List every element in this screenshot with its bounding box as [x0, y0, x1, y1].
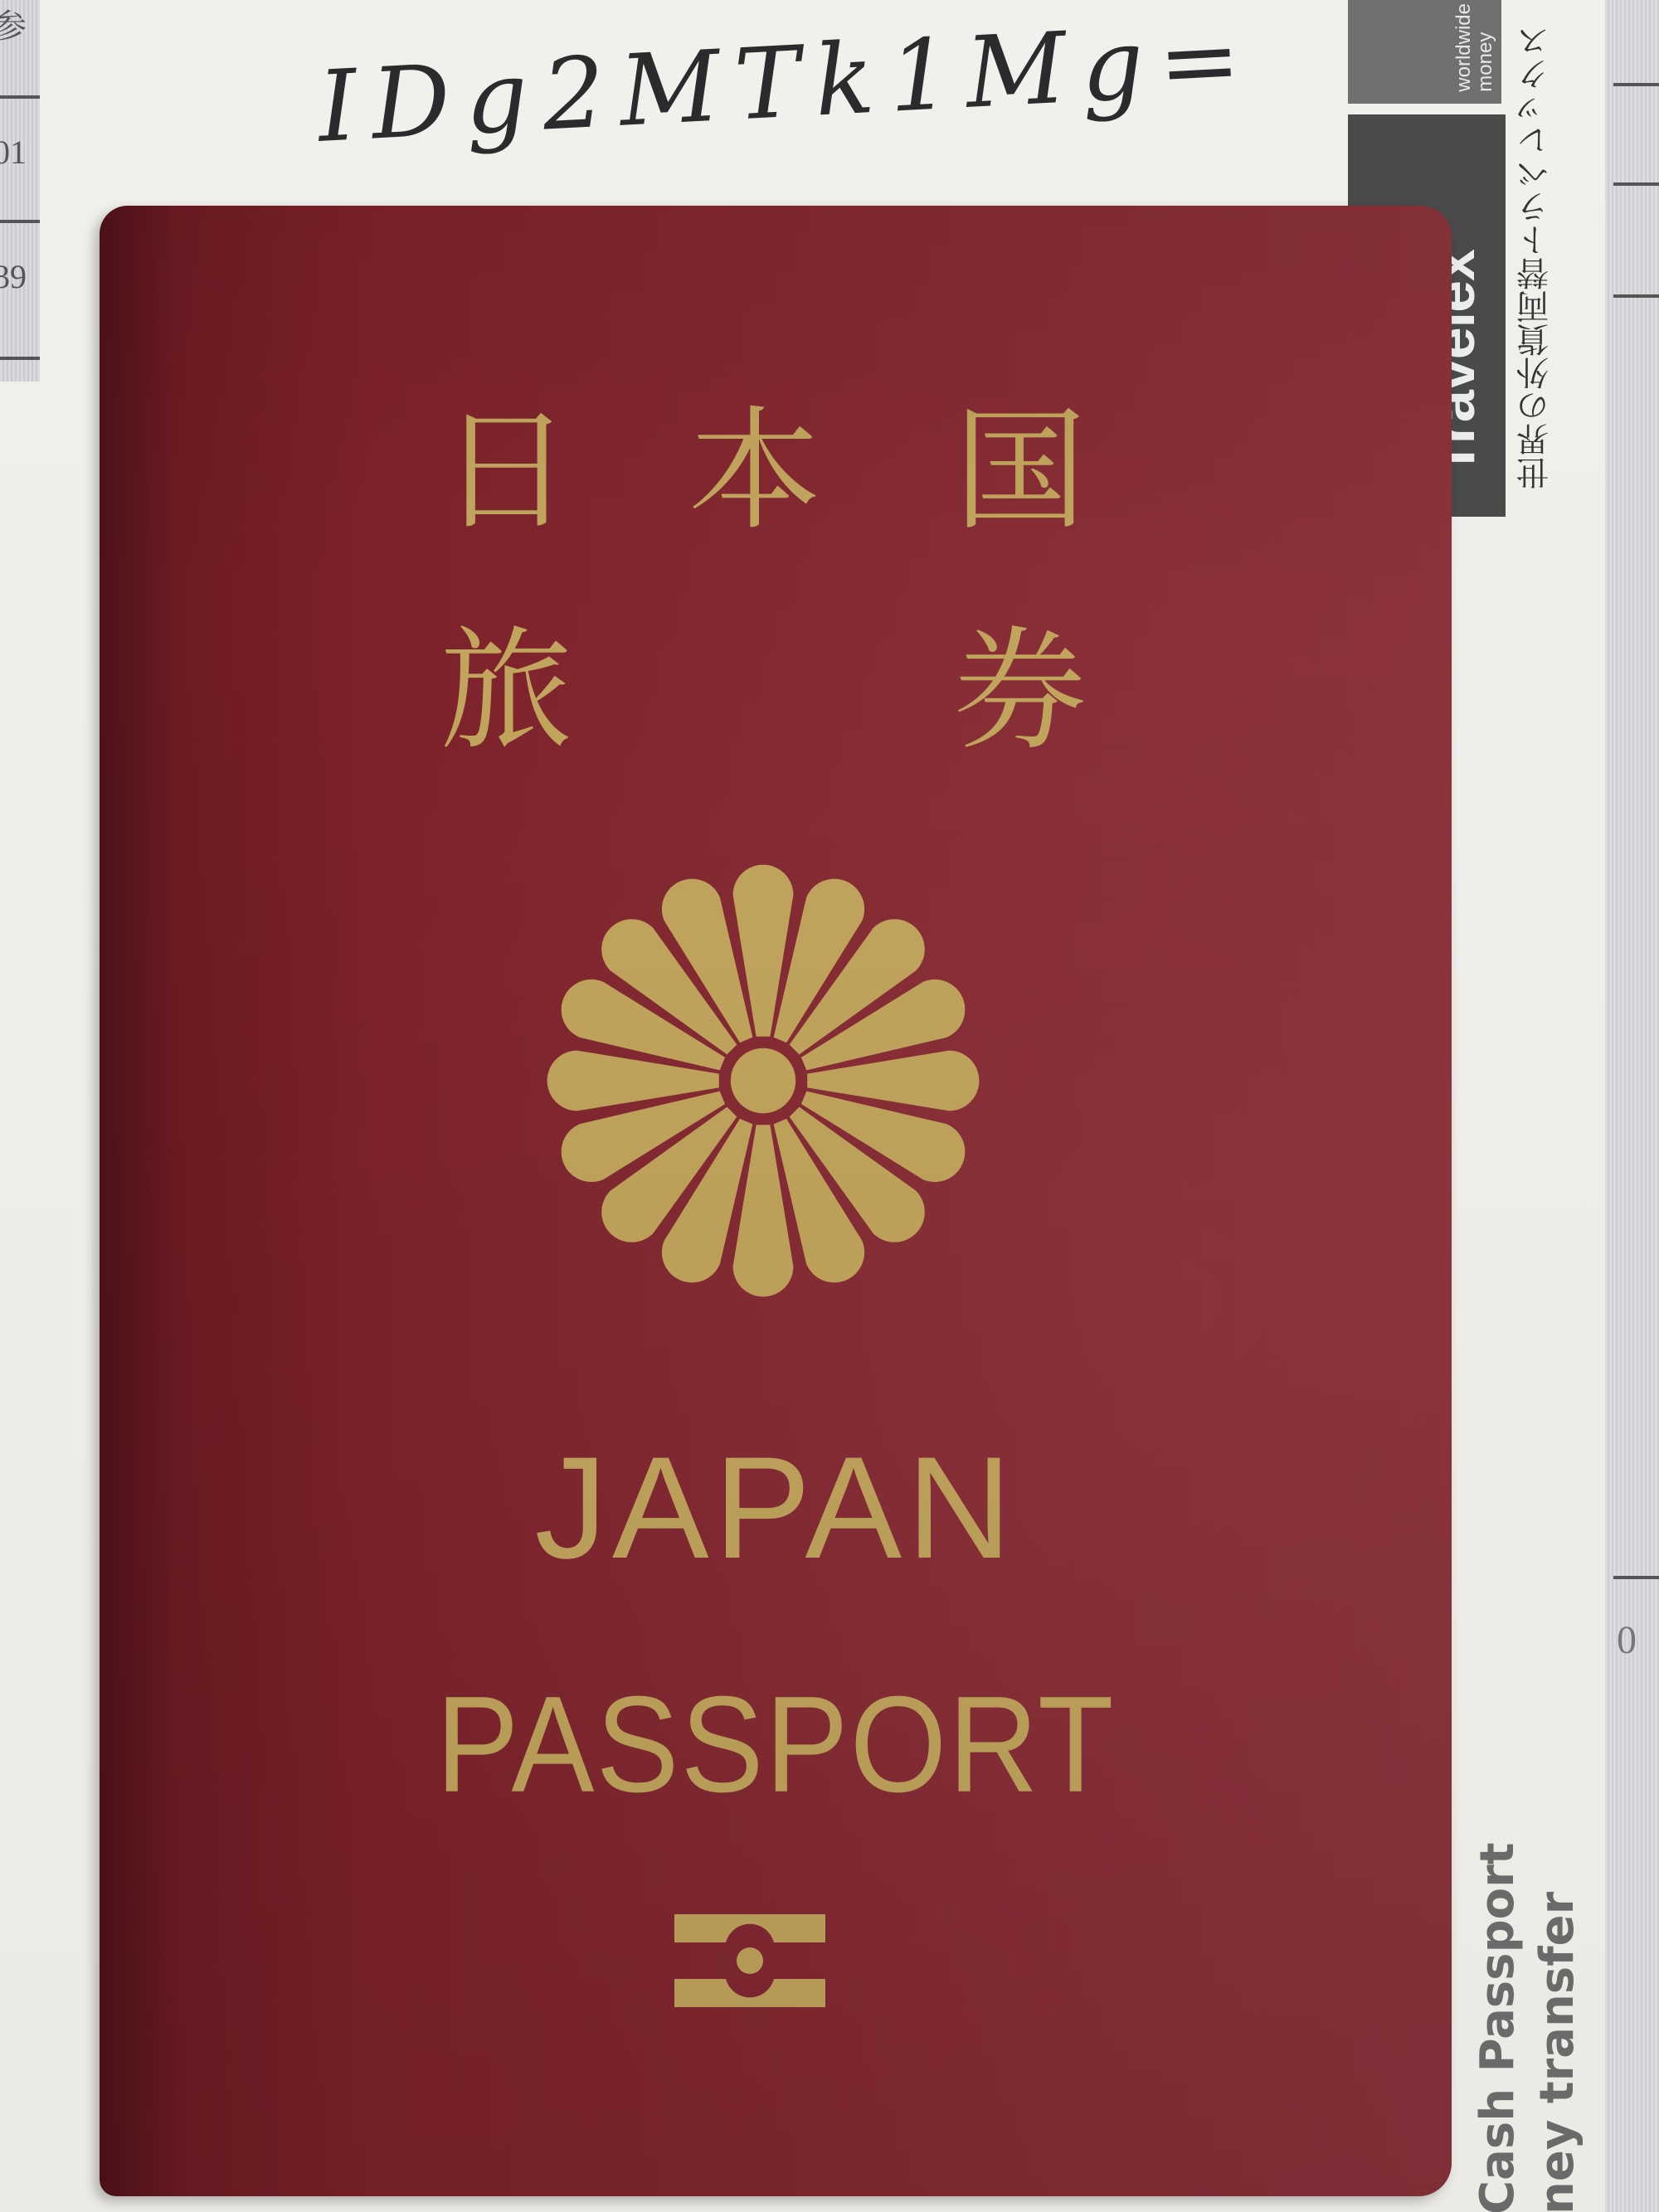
- document-type: PASSPORT: [100, 1665, 1452, 1823]
- doc-rule: [1613, 83, 1659, 86]
- biometric-chip-icon: [674, 1914, 825, 2007]
- country-name: JAPAN: [100, 1425, 1452, 1592]
- doc-rule: [1613, 182, 1659, 186]
- kanji-hon: 本: [688, 405, 821, 537]
- kanji-nichi: 日: [440, 405, 572, 537]
- kanji-ken: 券: [954, 625, 1087, 757]
- doc-rule: [0, 95, 40, 99]
- tagline-line: worldwide: [1452, 3, 1475, 92]
- cash-passport-text: Cash Passport: [1471, 1842, 1525, 2212]
- passport-cover: 日 本 国 旅 券 JAPAN PASSPORT: [100, 206, 1452, 2196]
- kanji-ryo: 旅: [440, 625, 572, 757]
- kanji-koku: 国: [954, 405, 1087, 537]
- doc-rule: [0, 357, 40, 360]
- background-document-left: 参 01 39: [0, 0, 40, 382]
- travelex-tagline: worldwide money: [1453, 3, 1496, 92]
- doc-fragment: 01: [0, 133, 27, 172]
- tagline-line: money: [1474, 32, 1496, 92]
- doc-fragment: 39: [0, 257, 27, 296]
- doc-rule: [1613, 294, 1659, 298]
- money-transfer-text: ney transfer: [1530, 1892, 1584, 2212]
- doc-fragment: 参: [0, 0, 27, 47]
- chrysanthemum-crest-icon: [531, 848, 995, 1313]
- travelex-japanese-tagline: 世界の外貨両替トラベレックス: [1511, 0, 1559, 489]
- background-document-right: 0: [1605, 0, 1659, 2212]
- doc-rule: [1613, 1576, 1659, 1579]
- doc-rule: [0, 220, 40, 223]
- travelex-bottom-text: Cash Passport ney transfer: [1468, 1783, 1588, 2212]
- travelex-tagline-box: worldwide money: [1348, 0, 1501, 104]
- doc-fragment: 0: [1617, 1617, 1637, 1663]
